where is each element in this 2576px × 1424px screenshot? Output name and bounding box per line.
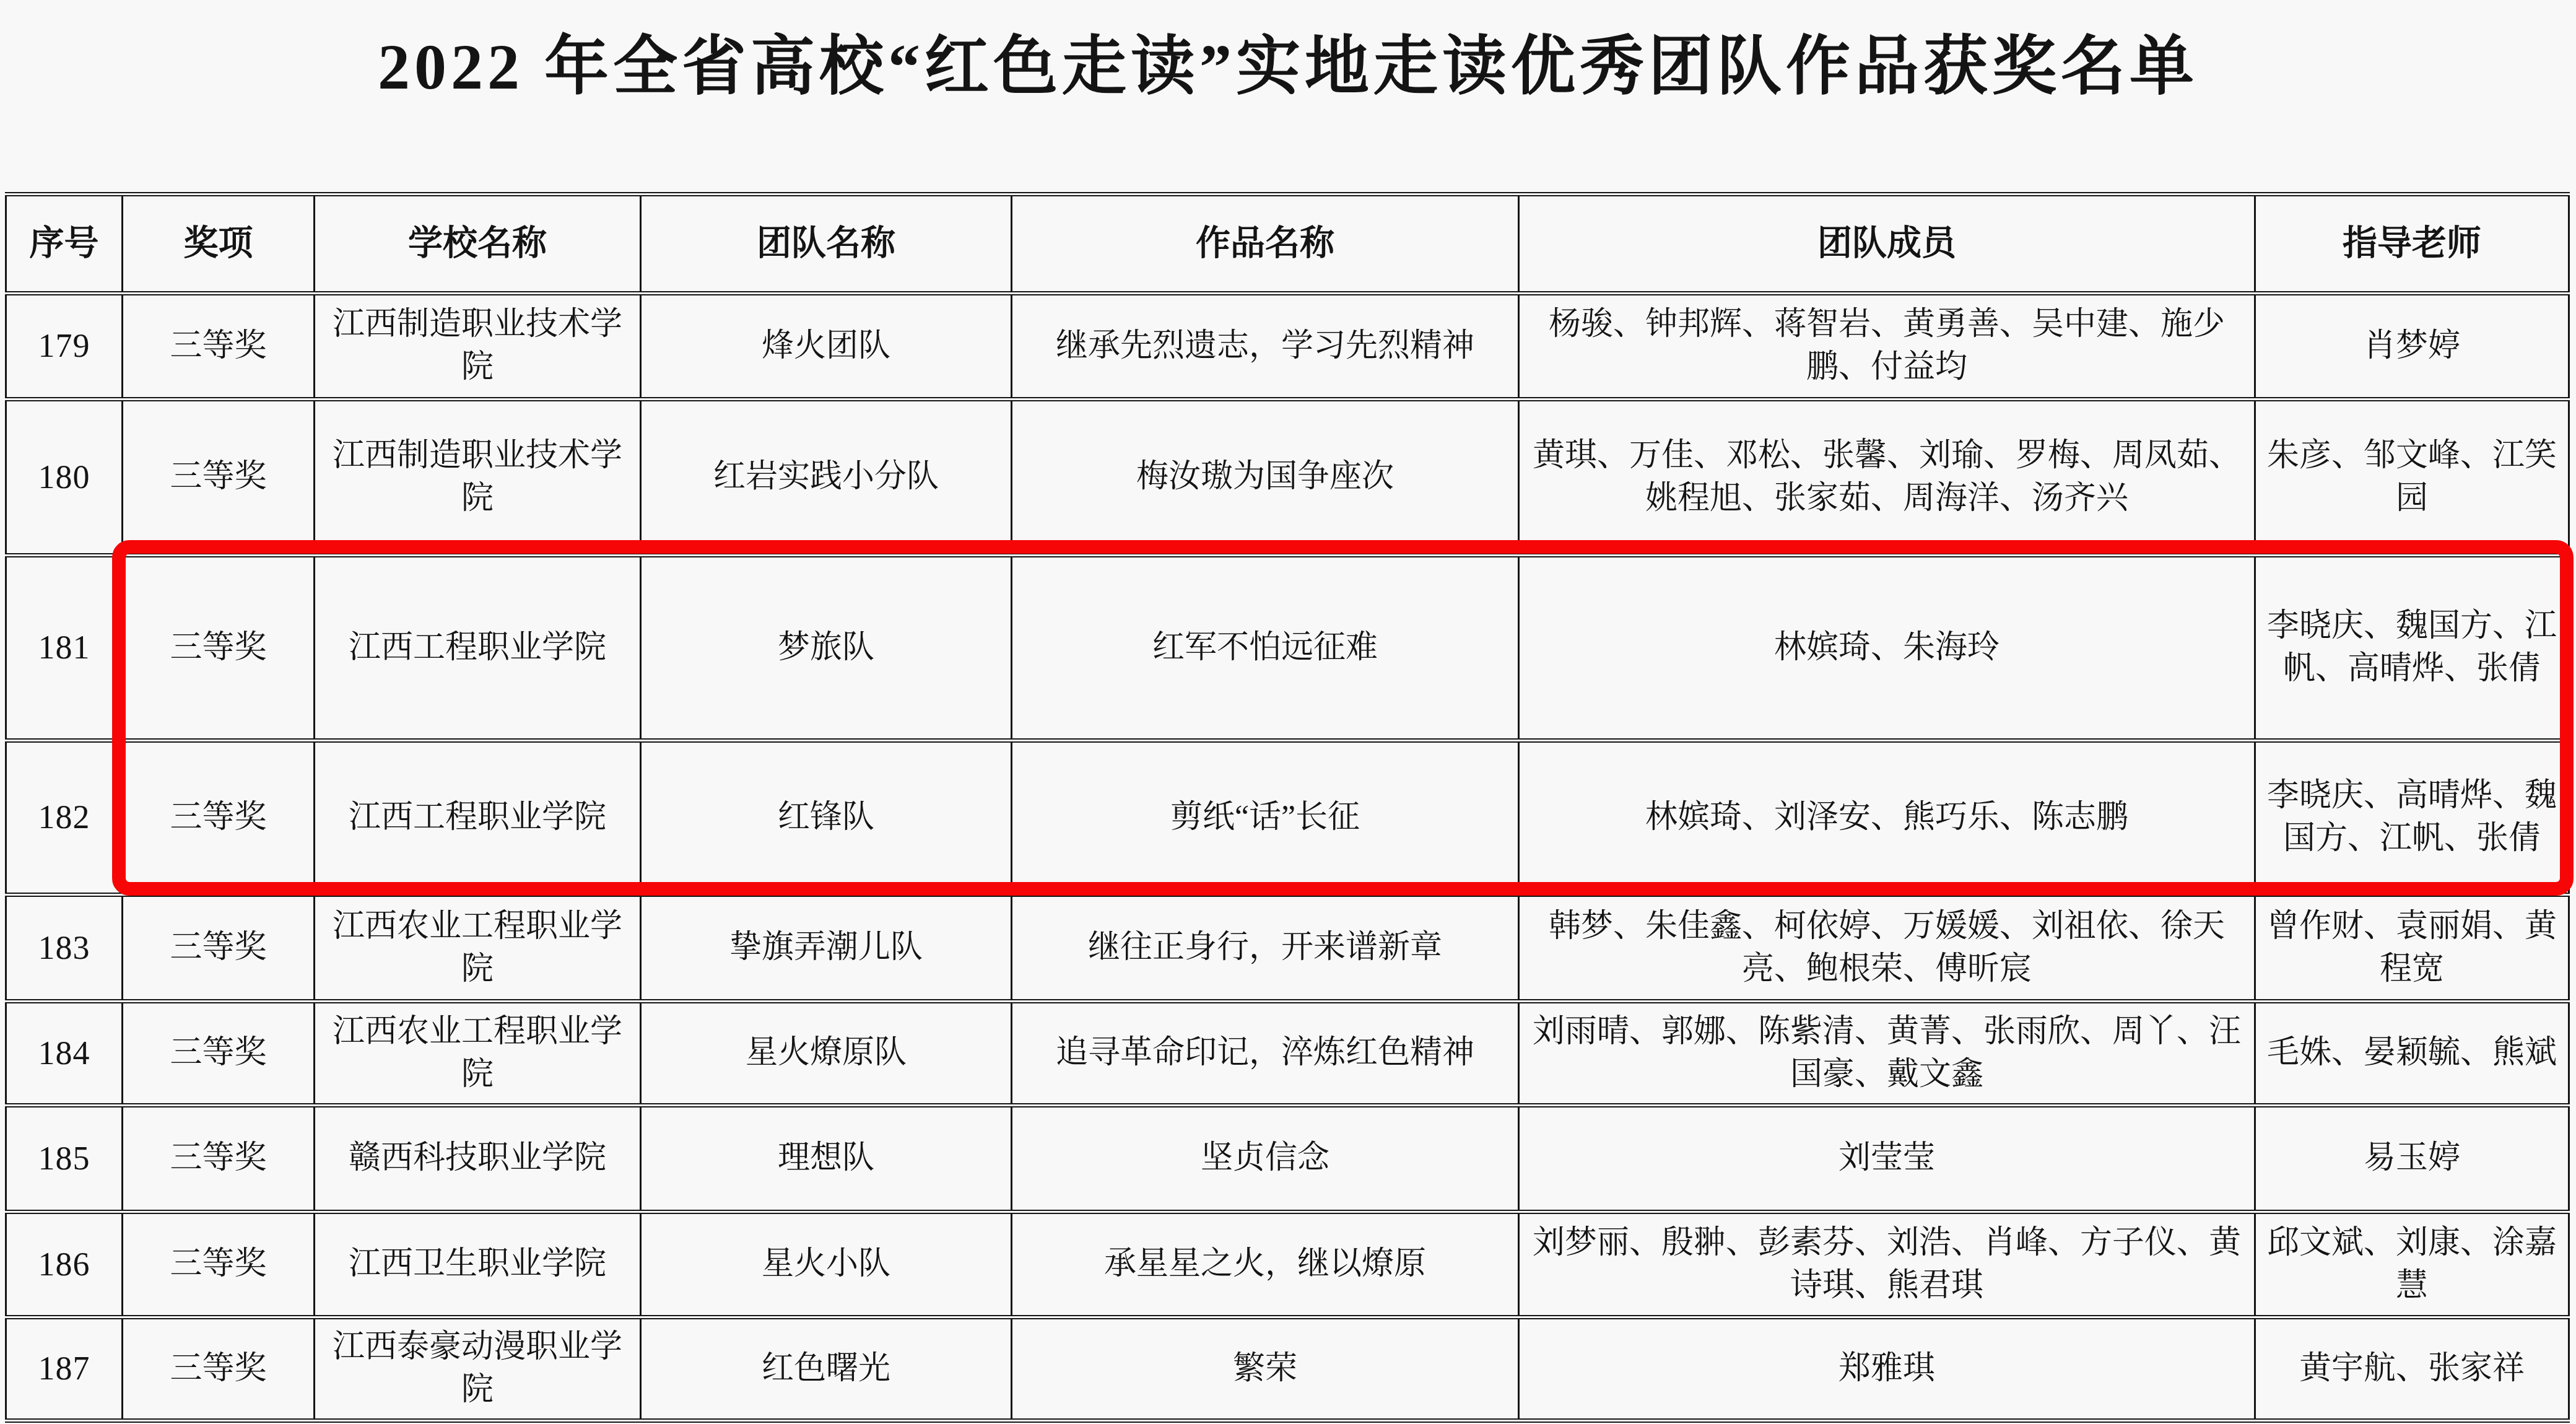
cell-members: 林嫔琦、朱海玲 [1519,556,2255,741]
cell-work: 红军不怕远征难 [1012,556,1519,741]
cell-team: 红锋队 [641,741,1012,895]
page-title: 2022 年全省高校“红色走读”实地走读优秀团队作品获奖名单 [0,32,2576,103]
table-row: 187 三等奖 江西泰豪动漫职业学院 红色曙光 繁荣 郑雅琪 黄宇航、张家祥 [6,1317,2569,1421]
cell-school: 江西工程职业学院 [315,741,641,895]
cell-award: 三等奖 [123,1002,315,1106]
table-row-highlighted: 181 三等奖 江西工程职业学院 梦旅队 红军不怕远征难 林嫔琦、朱海玲 李晓庆… [6,556,2569,741]
cell-work: 追寻革命印记，淬炼红色精神 [1012,1002,1519,1106]
cell-team: 星火燎原队 [641,1002,1012,1106]
cell-school: 江西工程职业学院 [315,556,641,741]
cell-work: 承星星之火，继以燎原 [1012,1212,1519,1317]
cell-no: 184 [6,1002,123,1106]
cell-team: 烽火团队 [641,294,1012,400]
cell-award: 三等奖 [123,741,315,895]
cell-team: 梦旅队 [641,556,1012,741]
col-header-no: 序号 [6,194,123,294]
table-row: 180 三等奖 江西制造职业技术学院 红岩实践小分队 梅汝璈为国争座次 黄琪、万… [6,400,2569,556]
cell-work: 梅汝璈为国争座次 [1012,400,1519,556]
cell-school: 江西泰豪动漫职业学院 [315,1317,641,1421]
cell-members: 杨骏、钟邦辉、蒋智岩、黄勇善、吴中建、施少鹏、付益均 [1519,294,2255,400]
cell-teachers: 李晓庆、魏国方、江帆、高晴烨、张倩 [2255,556,2569,741]
cell-award: 三等奖 [123,400,315,556]
cell-school: 江西卫生职业学院 [315,1212,641,1317]
cell-award: 三等奖 [123,556,315,741]
table-row: 179 三等奖 江西制造职业技术学院 烽火团队 继承先烈遗志，学习先烈精神 杨骏… [6,294,2569,400]
table-header-row: 序号 奖项 学校名称 团队名称 作品名称 团队成员 指导老师 [6,194,2569,294]
cell-no: 187 [6,1317,123,1421]
cell-teachers: 朱彦、邹文峰、江笑园 [2255,400,2569,556]
cell-members: 韩梦、朱佳鑫、柯依婷、万媛媛、刘祖依、徐天亮、鲍根荣、傅昕宸 [1519,895,2255,1002]
cell-no: 179 [6,294,123,400]
col-header-work: 作品名称 [1012,194,1519,294]
cell-school: 赣西科技职业学院 [315,1106,641,1212]
cell-teachers: 易玉婷 [2255,1106,2569,1212]
cell-award: 三等奖 [123,1317,315,1421]
table-row: 186 三等奖 江西卫生职业学院 星火小队 承星星之火，继以燎原 刘梦丽、殷翀、… [6,1212,2569,1317]
cell-school: 江西制造职业技术学院 [315,400,641,556]
col-header-teachers: 指导老师 [2255,194,2569,294]
cell-no: 182 [6,741,123,895]
cell-work: 继往正身行，开来谱新章 [1012,895,1519,1002]
cell-award: 三等奖 [123,1106,315,1212]
cell-members: 黄琪、万佳、邓松、张馨、刘瑜、罗梅、周凤茹、姚程旭、张家茹、周海洋、汤齐兴 [1519,400,2255,556]
cell-teachers: 李晓庆、高晴烨、魏国方、江帆、张倩 [2255,741,2569,895]
award-table: 序号 奖项 学校名称 团队名称 作品名称 团队成员 指导老师 179 三等奖 江… [5,192,2570,1423]
cell-teachers: 肖梦婷 [2255,294,2569,400]
cell-work: 剪纸“话”长征 [1012,741,1519,895]
cell-team: 挚旗弄潮儿队 [641,895,1012,1002]
cell-no: 183 [6,895,123,1002]
cell-award: 三等奖 [123,294,315,400]
cell-award: 三等奖 [123,895,315,1002]
table-row: 185 三等奖 赣西科技职业学院 理想队 坚贞信念 刘莹莹 易玉婷 [6,1106,2569,1212]
cell-members: 郑雅琪 [1519,1317,2255,1421]
cell-members: 刘雨晴、郭娜、陈紫清、黄菁、张雨欣、周丫、汪国豪、戴文鑫 [1519,1002,2255,1106]
cell-school: 江西制造职业技术学院 [315,294,641,400]
col-header-award: 奖项 [123,194,315,294]
cell-no: 185 [6,1106,123,1212]
cell-teachers: 毛姝、晏颖毓、熊斌 [2255,1002,2569,1106]
cell-award: 三等奖 [123,1212,315,1317]
cell-teachers: 黄宇航、张家祥 [2255,1317,2569,1421]
cell-work: 坚贞信念 [1012,1106,1519,1212]
cell-members: 林嫔琦、刘泽安、熊巧乐、陈志鹏 [1519,741,2255,895]
cell-teachers: 邱文斌、刘康、涂嘉慧 [2255,1212,2569,1317]
cell-members: 刘莹莹 [1519,1106,2255,1212]
cell-work: 继承先烈遗志，学习先烈精神 [1012,294,1519,400]
col-header-school: 学校名称 [315,194,641,294]
table-row: 183 三等奖 江西农业工程职业学院 挚旗弄潮儿队 继往正身行，开来谱新章 韩梦… [6,895,2569,1002]
table-row: 184 三等奖 江西农业工程职业学院 星火燎原队 追寻革命印记，淬炼红色精神 刘… [6,1002,2569,1106]
cell-no: 181 [6,556,123,741]
cell-team: 红色曙光 [641,1317,1012,1421]
cell-no: 186 [6,1212,123,1317]
col-header-members: 团队成员 [1519,194,2255,294]
col-header-team: 团队名称 [641,194,1012,294]
cell-school: 江西农业工程职业学院 [315,895,641,1002]
cell-team: 红岩实践小分队 [641,400,1012,556]
cell-no: 180 [6,400,123,556]
cell-team: 星火小队 [641,1212,1012,1317]
cell-school: 江西农业工程职业学院 [315,1002,641,1106]
cell-teachers: 曾作财、袁丽娟、黄程宽 [2255,895,2569,1002]
table-row-highlighted: 182 三等奖 江西工程职业学院 红锋队 剪纸“话”长征 林嫔琦、刘泽安、熊巧乐… [6,741,2569,895]
cell-members: 刘梦丽、殷翀、彭素芬、刘浩、肖峰、方子仪、黄诗琪、熊君琪 [1519,1212,2255,1317]
cell-work: 繁荣 [1012,1317,1519,1421]
cell-team: 理想队 [641,1106,1012,1212]
